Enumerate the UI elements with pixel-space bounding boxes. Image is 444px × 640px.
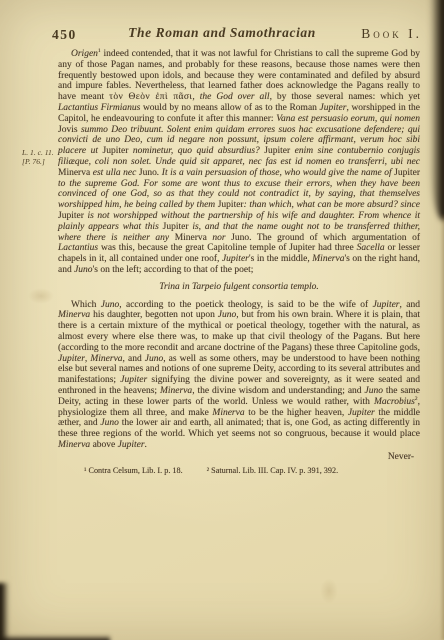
margin-note: L. 1. c. 11. [P. 76.] [22, 148, 60, 166]
scan-edge-shadow-bottom-left [0, 583, 9, 640]
paper-stain [320, 578, 338, 604]
footnote-1: ¹ Contra Celsum, Lib. I. p. 18. [84, 466, 183, 477]
page-header: 450 The Roman and Samothracian Book I. [0, 25, 444, 45]
body-text: Origen1 indeed contended, that it was no… [58, 49, 420, 477]
scan-edge-shadow-top-right [430, 0, 444, 220]
paragraph-origen: Origen1 indeed contended, that it was no… [58, 49, 420, 276]
scan-edge-shadow-right [440, 215, 444, 640]
margin-note-page-ref: [P. 76.] [22, 157, 60, 166]
book-label: Book I. [361, 26, 422, 42]
catchword: Never- [58, 452, 420, 463]
footnotes: ¹ Contra Celsum, Lib. I. p. 18. ² Saturn… [58, 466, 420, 477]
margin-note-citation: L. 1. c. 11. [22, 148, 60, 157]
book-page-scan: 450 The Roman and Samothracian Book I. L… [0, 0, 444, 640]
paragraph-which-juno: Which Juno, according to the poetick the… [58, 300, 420, 451]
paper-stain [28, 288, 54, 304]
footnote-2: ² Saturnal. Lib. III. Cap. IV. p. 391, 3… [207, 466, 338, 477]
scan-edge-shadow-bottom [0, 635, 110, 640]
verse-line: Trina in Tarpeio fulgent consortia templ… [58, 282, 420, 293]
